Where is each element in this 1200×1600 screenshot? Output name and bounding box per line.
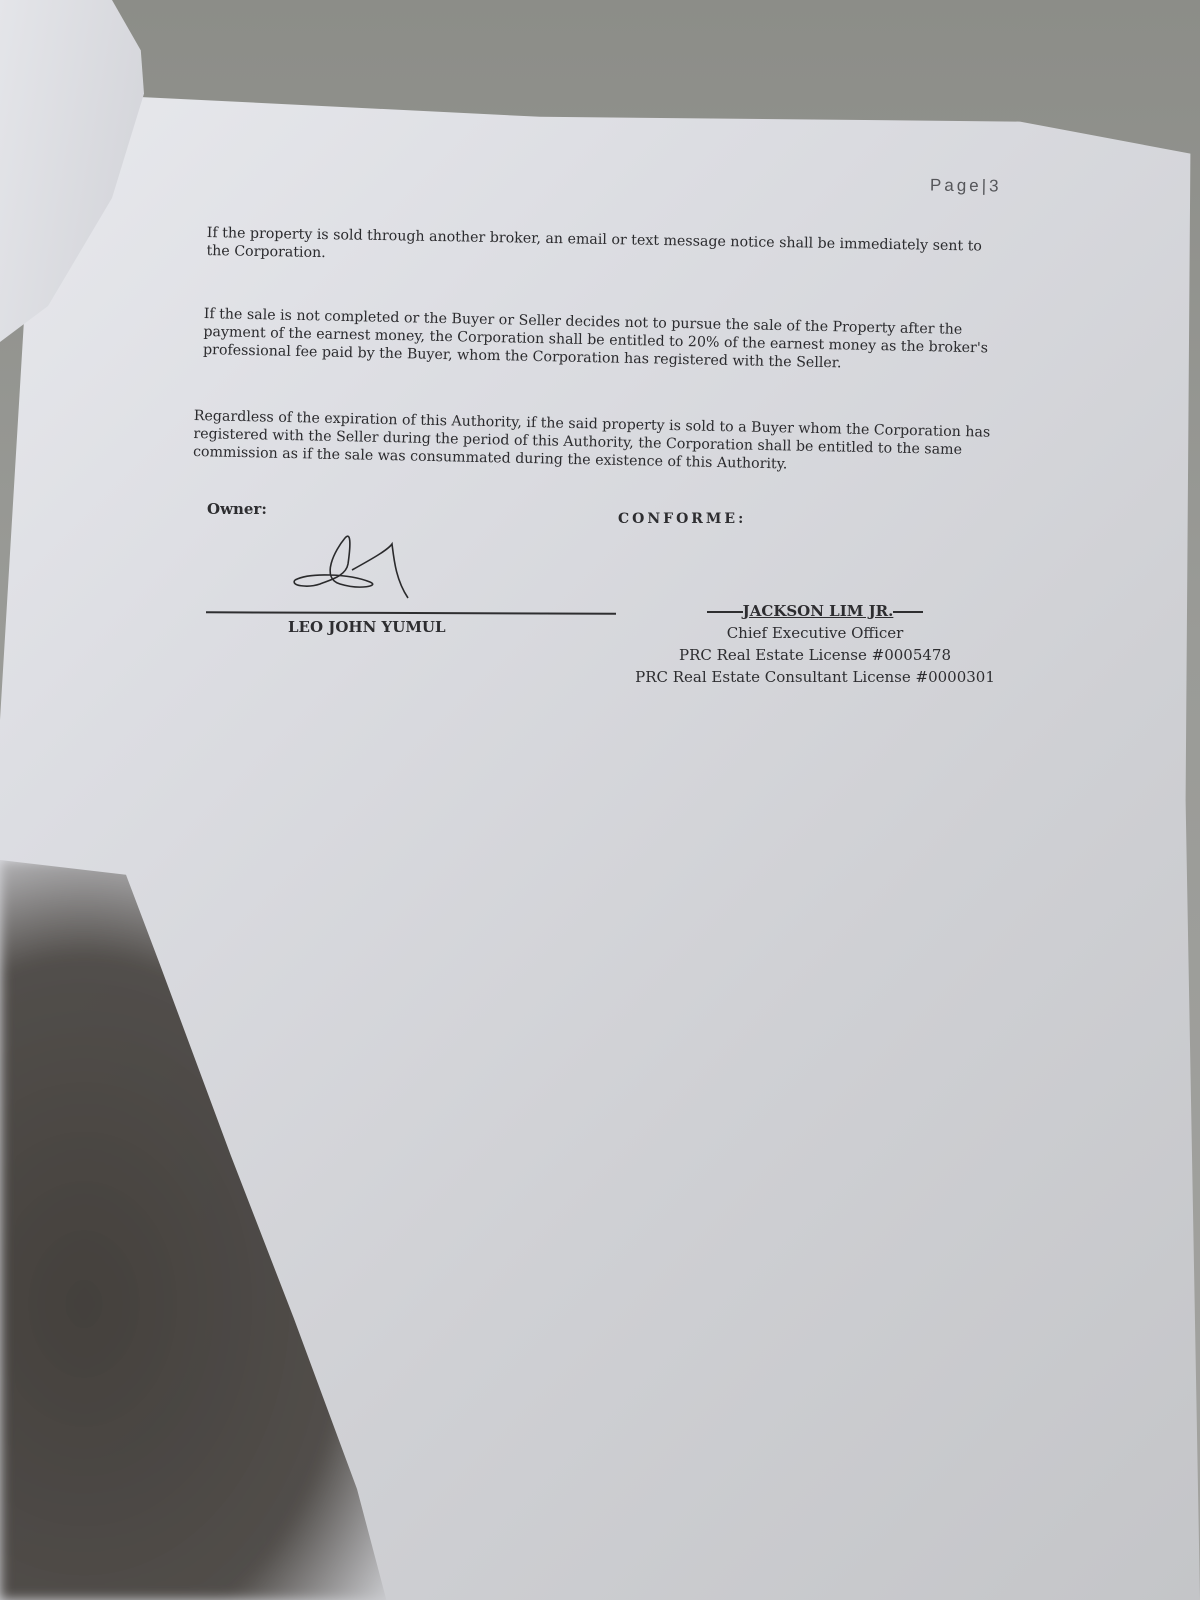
page-number: Page|3: [930, 176, 1002, 197]
signature-line-right: [893, 611, 923, 613]
owner-label: Owner:: [207, 500, 267, 518]
signature-line-left: [707, 611, 743, 613]
paragraph-broker-notice: If the property is sold through another …: [206, 224, 1007, 274]
conforme-signatory: JACKSON LIM JR. Chief Executive Officer …: [620, 600, 1010, 688]
signature-icon: [290, 530, 420, 610]
ceo-title: Chief Executive Officer: [620, 622, 1010, 644]
owner-name: LEO JOHN YUMUL: [288, 618, 446, 636]
ceo-name: JACKSON LIM JR.: [743, 602, 894, 620]
ceo-consultant-license: PRC Real Estate Consultant License #0000…: [620, 666, 1010, 688]
owner-signature-line: [206, 611, 616, 614]
document-page: Page|3 If the property is sold through a…: [0, 0, 1200, 1600]
conforme-label: CONFORME:: [618, 511, 746, 527]
paragraph-earnest-money: If the sale is not completed or the Buye…: [203, 305, 1004, 376]
ceo-license: PRC Real Estate License #0005478: [620, 644, 1010, 666]
paragraph-expiration: Regardless of the expiration of this Aut…: [193, 407, 994, 478]
